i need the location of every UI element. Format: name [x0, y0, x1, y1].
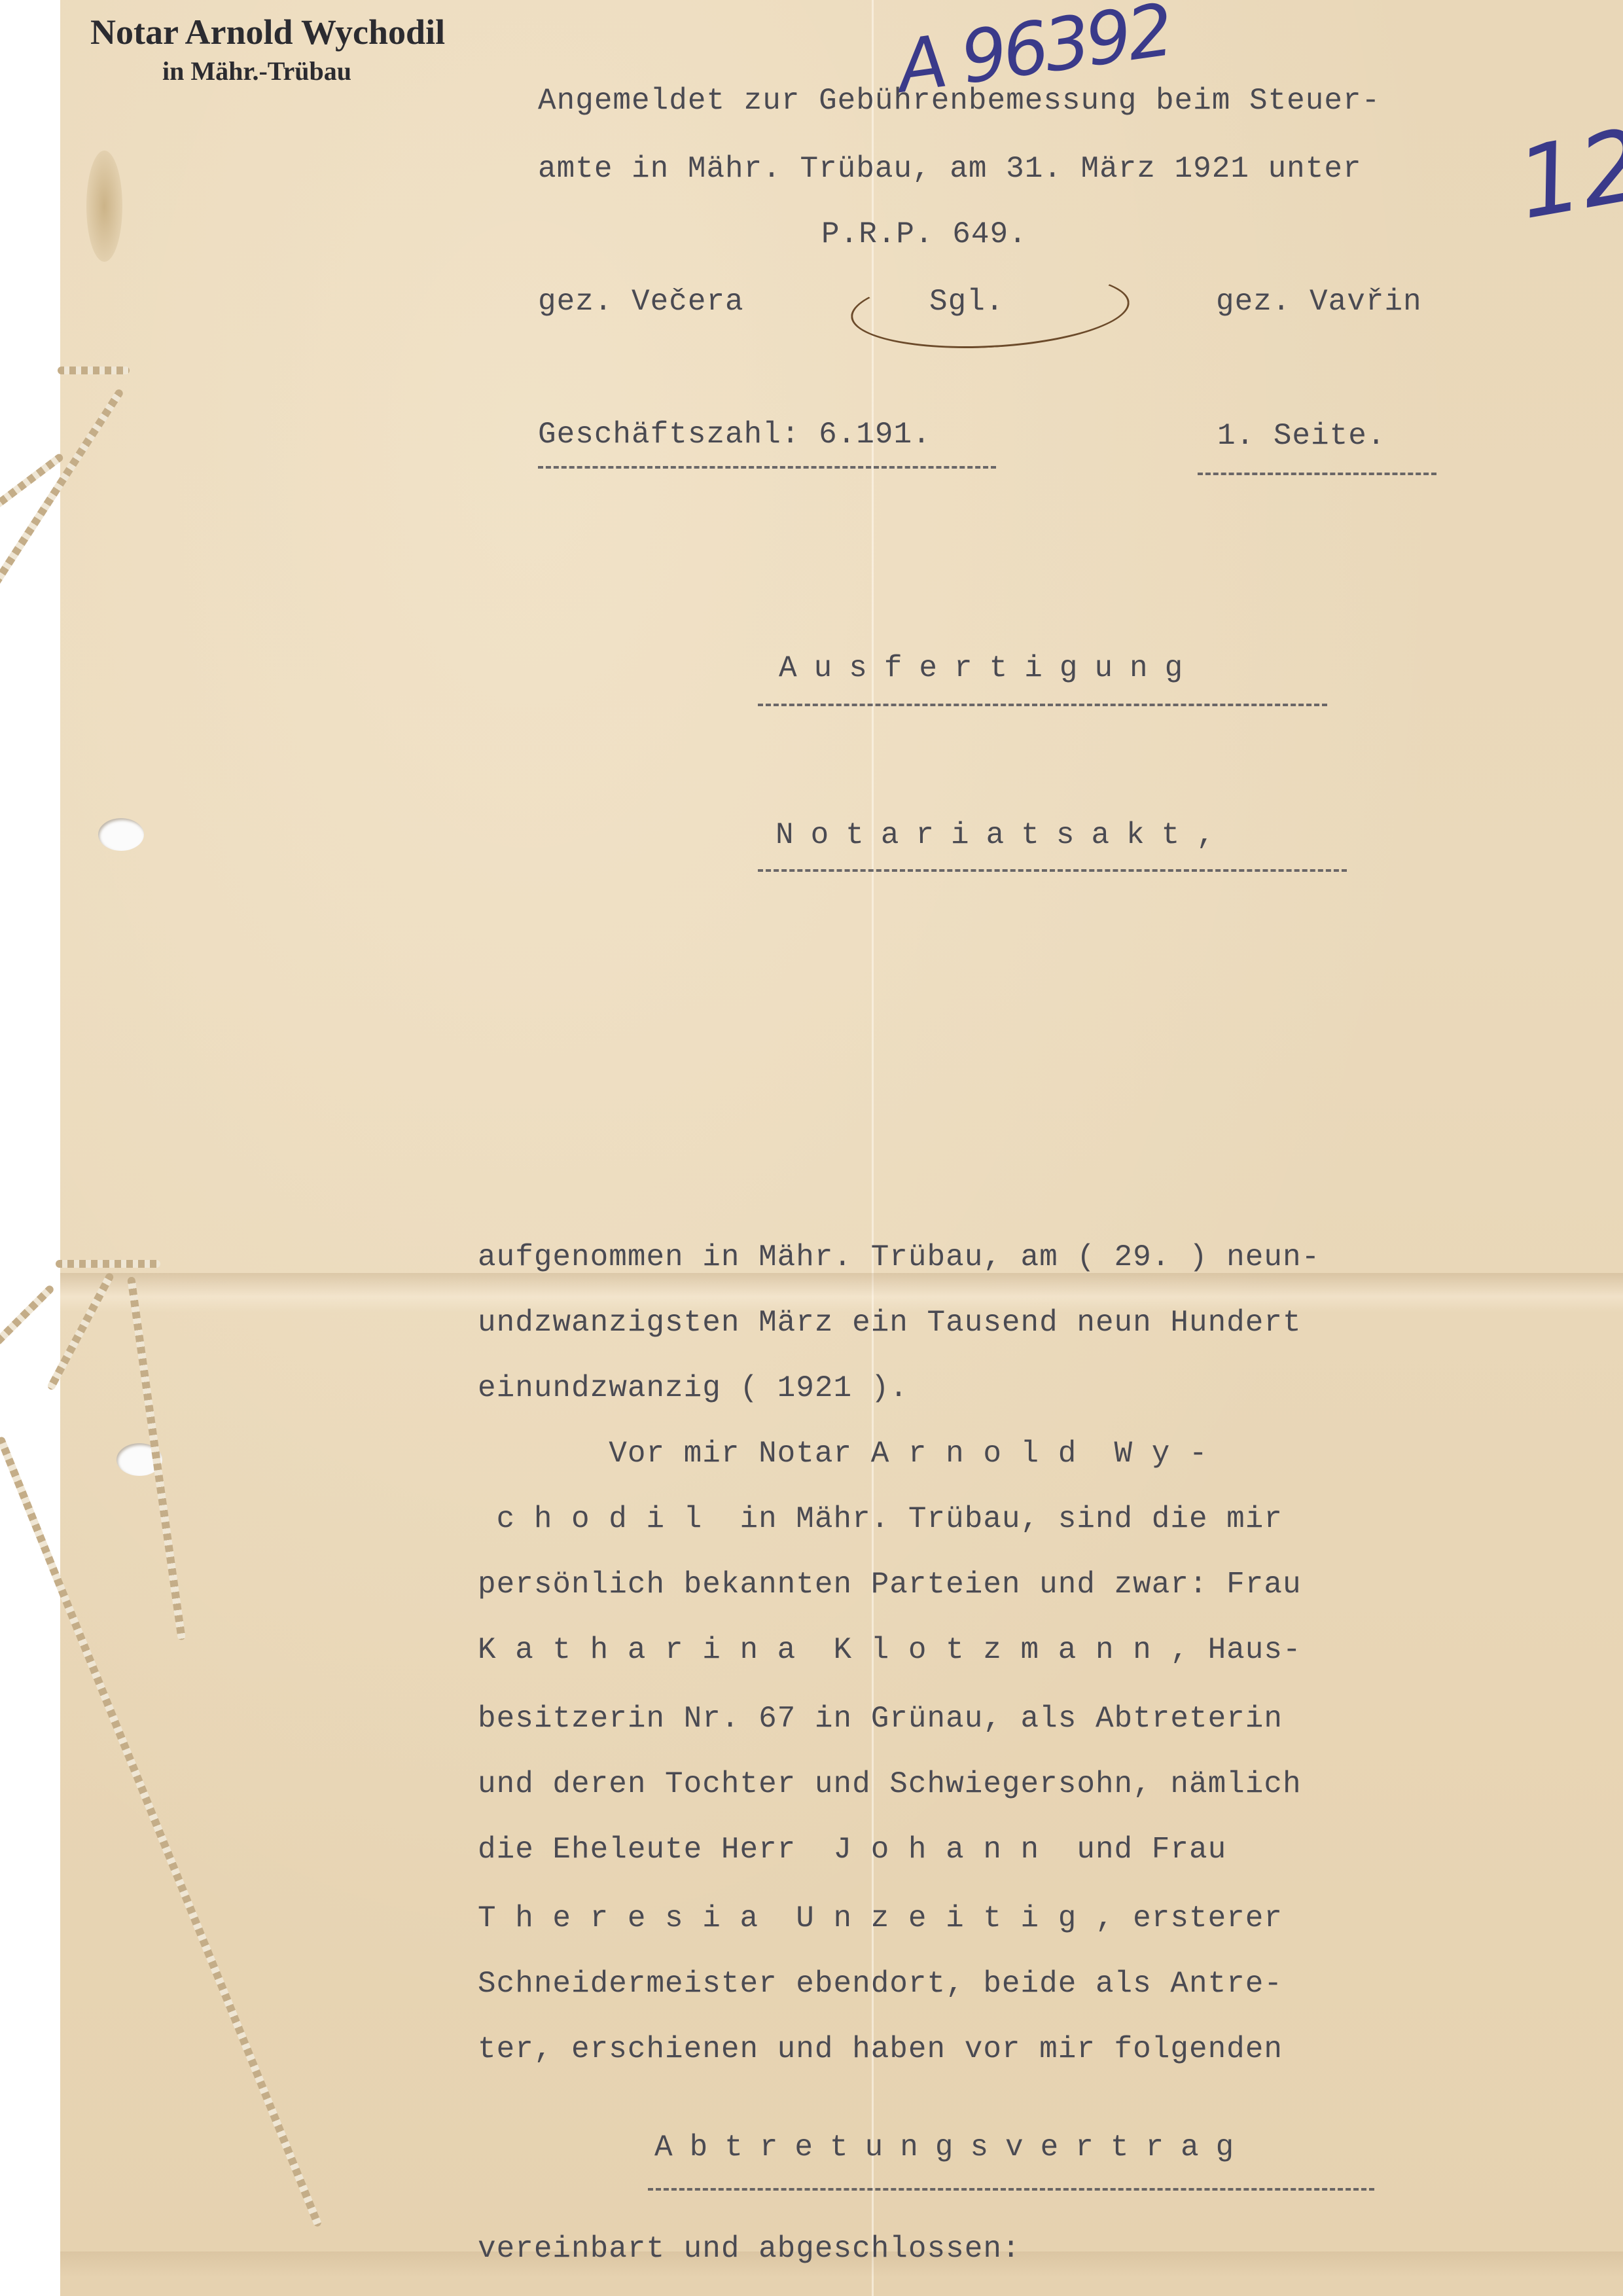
body-line: einundzwanzig ( 1921 ).: [478, 1371, 908, 1405]
body-line: K a t h a r i n a K l o t z m a n n , Ha…: [478, 1633, 1302, 1667]
body-line: ter, erschienen und haben vor mir folgen…: [478, 2032, 1283, 2066]
case-number-underline: [538, 466, 996, 469]
notary-stamp-place: in Mähr.-Trübau: [162, 56, 351, 86]
page-number-underline: [1198, 473, 1436, 475]
body-line: c h o d i l in Mähr. Trübau, sind die mi…: [478, 1502, 1283, 1536]
binding-string-icon: [56, 1260, 160, 1268]
body-line: Vor mir Notar A r n o l d W y -: [478, 1437, 1208, 1471]
binding-string-icon: [58, 367, 130, 374]
contract-title: Abtretungsvertrag: [654, 2130, 1251, 2164]
seal-label: Sgl.: [929, 285, 1004, 319]
body-line: Schneidermeister ebendort, beide als Ant…: [478, 1967, 1283, 2001]
body-line: und deren Tochter und Schwiegersohn, näm…: [478, 1767, 1302, 1801]
page-number: 1. Seite.: [1217, 419, 1385, 453]
document-page: [60, 0, 1623, 2296]
closing-line: vereinbart und abgeschlossen:: [478, 2232, 1021, 2266]
body-line: aufgenommen in Mähr. Trübau, am ( 29. ) …: [478, 1240, 1320, 1274]
signed-right: gez. Vavřin: [1216, 285, 1422, 319]
registration-line-3: P.R.P. 649.: [821, 217, 1027, 251]
signed-left: gez. Večera: [538, 285, 744, 319]
paper-stain: [86, 151, 122, 262]
body-line: persönlich bekannten Parteien und zwar: …: [478, 1568, 1302, 1602]
vertical-fold-line: [872, 0, 874, 2296]
body-line: undzwanzigsten März ein Tausend neun Hun…: [478, 1306, 1302, 1340]
punch-hole-icon: [98, 818, 144, 851]
body-line: die Eheleute Herr J o h a n n und Frau: [478, 1833, 1226, 1867]
contract-title-underline: [648, 2188, 1374, 2191]
title-ausfertigung-underline: [758, 704, 1327, 706]
notary-stamp-name: Notar Arnold Wychodil: [90, 12, 445, 52]
title-notariatsakt-underline: [758, 869, 1347, 872]
case-number: Geschäftszahl: 6.191.: [538, 418, 931, 452]
body-line: T h e r e s i a U n z e i t i g , erster…: [478, 1901, 1283, 1935]
body-line: besitzerin Nr. 67 in Grünau, als Abtrete…: [478, 1702, 1283, 1736]
handwritten-number: 12: [1509, 108, 1623, 242]
binding-string-icon: [0, 1284, 55, 1382]
registration-line-1: Angemeldet zur Gebührenbemessung beim St…: [538, 84, 1380, 118]
binding-string-icon: [0, 452, 65, 549]
title-ausfertigung: Ausfertigung: [779, 651, 1200, 685]
registration-line-2: amte in Mähr. Trübau, am 31. März 1921 u…: [538, 152, 1362, 186]
title-notariatsakt: Notariatsakt,: [776, 818, 1232, 852]
